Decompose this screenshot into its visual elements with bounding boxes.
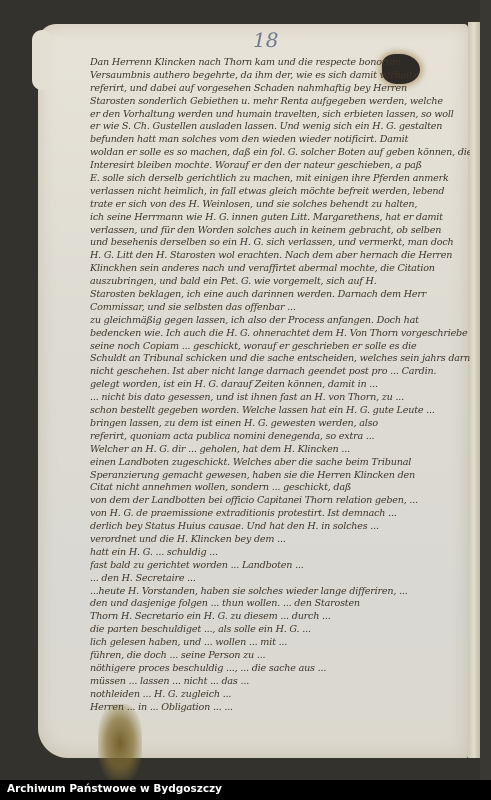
manuscript-line: seine noch Copiam ... geschickt, worauf … — [90, 341, 470, 354]
manuscript-line: er den Vorhaltung werden und humain trav… — [90, 109, 470, 122]
manuscript-line: referirt, quoniam acta publica nomini de… — [90, 431, 470, 444]
manuscript-line: gelegt worden, ist ein H. G. darauf Zeit… — [90, 379, 470, 392]
manuscript-line: einen Landboten zugeschickt. Welches abe… — [90, 457, 470, 470]
manuscript-line: die parten beschuldiget ..., als solle e… — [90, 624, 470, 637]
manuscript-line: auszubringen, und bald ein Pet. G. wie v… — [90, 276, 470, 289]
manuscript-line: müssen ... lassen ... nicht ... das ... — [90, 676, 470, 689]
manuscript-line: nöthigere proces beschuldig ..., ... die… — [90, 663, 470, 676]
manuscript-line: ... den H. Secretaire ... — [90, 573, 470, 586]
manuscript-line: Klinckhen sein anderes nach und veraffir… — [90, 263, 470, 276]
manuscript-text: Dan Herrenn Klincken nach Thorn kam und … — [90, 57, 470, 714]
manuscript-line: fast bald zu gerichtet worden ... Landbo… — [90, 560, 470, 573]
manuscript-line: nothleiden ... H. G. zugleich ... — [90, 689, 470, 702]
manuscript-line: bringen lassen, zu dem ist einen H. G. g… — [90, 418, 470, 431]
manuscript-line: ich seine Herrmann wie H. G. innen guten… — [90, 212, 470, 225]
manuscript-line: verlassen nicht heimlich, in fall etwas … — [90, 186, 470, 199]
manuscript-line: hatt ein H. G. ... schuldig ... — [90, 547, 470, 560]
manuscript-line: den und dasjenige folgen ... thun wollen… — [90, 598, 470, 611]
manuscript-line: Dan Herrenn Klincken nach Thorn kam und … — [90, 57, 470, 70]
manuscript-line: zu gleichmäßig gegen lassen, ich also de… — [90, 315, 470, 328]
manuscript-line: trate er sich von des H. Weinlosen, und … — [90, 199, 470, 212]
manuscript-line: Herren ... in ... Obligation ... ... — [90, 702, 470, 715]
manuscript-line: Citat nicht annehmen wollen, sondern ...… — [90, 482, 470, 495]
manuscript-line: Welcher an H. G. dir ... geholen, hat de… — [90, 444, 470, 457]
manuscript-line: Thorn H. Secretario ein H. G. zu diesem … — [90, 611, 470, 624]
manuscript-line: ... nicht bis dato gesessen, und ist ihn… — [90, 392, 470, 405]
manuscript-line: er wie S. Ch. Gustellen ausladen lassen.… — [90, 121, 470, 134]
manuscript-line: führen, die doch ... seine Person zu ... — [90, 650, 470, 663]
manuscript-line: Commissar, und sie selbsten das offenbar… — [90, 302, 470, 315]
manuscript-line: verlassen, und für den Worden solches au… — [90, 225, 470, 238]
water-stain — [98, 704, 142, 782]
manuscript-line: Starosten beklagen, ich eine auch darinn… — [90, 289, 470, 302]
manuscript-line: Versaumbnis authero begehrte, da ihm der… — [90, 70, 470, 83]
manuscript-line: lich gelesen haben, und ... wollen ... m… — [90, 637, 470, 650]
manuscript-line: von dem der Landbotten bei officio Capit… — [90, 495, 470, 508]
manuscript-line: Speranzierung gemacht gewesen, haben sie… — [90, 470, 470, 483]
manuscript-line: derlich bey Status Huius causae. Und hat… — [90, 521, 470, 534]
archive-footer: Archiwum Państwowe w Bydgoszczy — [0, 780, 491, 800]
manuscript-line: H. G. Litt den H. Starosten wol erachten… — [90, 250, 470, 263]
manuscript-line: verordnet und die H. Klincken bey dem ..… — [90, 534, 470, 547]
manuscript-line: nicht geschehen. Ist aber nicht lange da… — [90, 366, 470, 379]
manuscript-line: woldan er solle es so machen, daß ein fo… — [90, 147, 470, 160]
manuscript-line: schon bestellt gegeben worden. Welche la… — [90, 405, 470, 418]
manuscript-line: und besehenis derselben so ein H. G. sic… — [90, 237, 470, 250]
manuscript-line: referirt, und dabei auf vorgesehen Schad… — [90, 83, 470, 96]
scan-viewer: 18 Dan Herrenn Klincken nach Thorn kam u… — [0, 0, 491, 780]
manuscript-line: von H. G. de praemissione extraditionis … — [90, 508, 470, 521]
manuscript-line: E. solle sich derselb gerichtlich zu mac… — [90, 173, 470, 186]
manuscript-line: Interesirt bleiben mochte. Worauf er den… — [90, 160, 470, 173]
folio-number: 18 — [253, 28, 278, 52]
manuscript-line: befunden hatt man solches vom den wieden… — [90, 134, 470, 147]
manuscript-line: Schuldt an Tribunal schicken und die sac… — [90, 353, 470, 366]
manuscript-line: ...heute H. Vorstanden, haben sie solche… — [90, 586, 470, 599]
binding-edge — [480, 0, 491, 780]
manuscript-line: Starosten sonderlich Gebiethen u. mehr R… — [90, 96, 470, 109]
archive-label: Archiwum Państwowe w Bydgoszczy — [7, 783, 222, 795]
manuscript-line: bedencken wie. Ich auch die H. G. ohnera… — [90, 328, 470, 341]
